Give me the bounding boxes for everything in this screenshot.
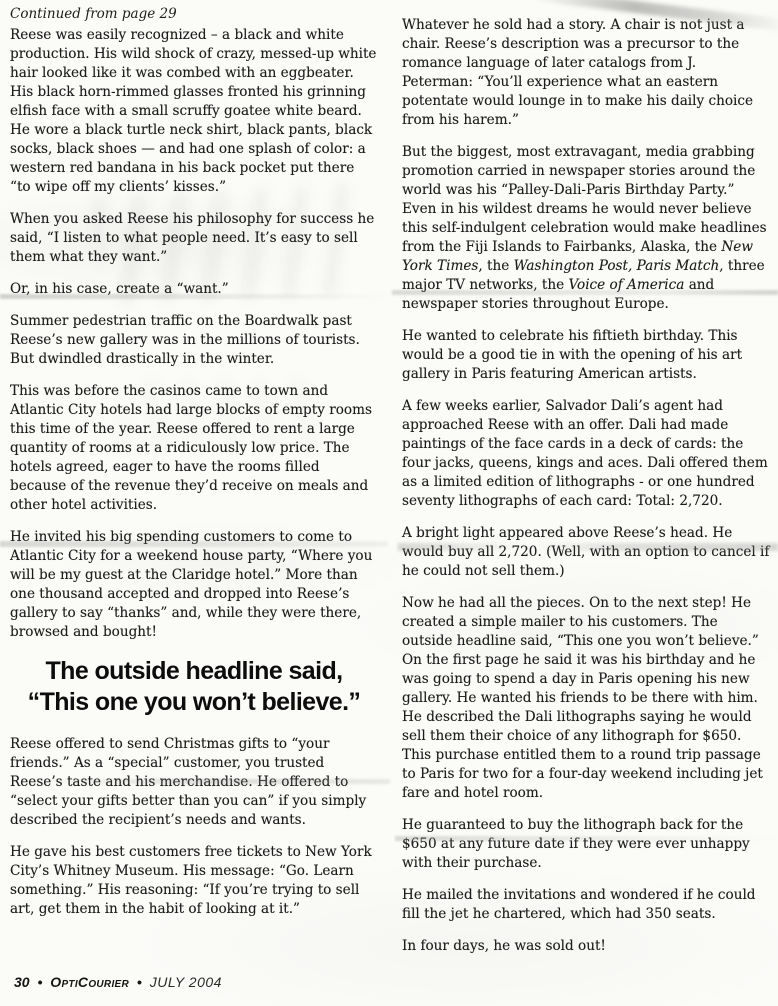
left-column: Continued from page 29 Reese was easily … <box>10 6 378 969</box>
right-column: Whatever he sold had a story. A chair is… <box>402 6 770 969</box>
article-columns: Continued from page 29 Reese was easily … <box>10 6 770 969</box>
footer-publication-name: OptiCourier <box>50 974 129 990</box>
paragraph: He wanted to celebrate his fiftieth birt… <box>402 327 770 384</box>
citation-voice-of-america: Voice of America <box>568 277 684 293</box>
paragraph: Whatever he sold had a story. A chair is… <box>402 16 770 130</box>
footer-issue-date: JULY 2004 <box>150 974 222 990</box>
footer-page-number: 30 <box>14 974 30 990</box>
footer-bullet: • <box>137 974 142 990</box>
paragraph: He mailed the invitations and wondered i… <box>402 886 770 924</box>
paragraph: He invited his big spending customers to… <box>10 528 378 642</box>
paragraph: This was before the casinos came to town… <box>10 382 378 515</box>
paragraph: Now he had all the pieces. On to the nex… <box>402 594 770 803</box>
pull-quote: The outside headline said, “This one you… <box>10 656 378 718</box>
paragraph: Reese was easily recognized – a black an… <box>10 26 378 197</box>
paragraph: Summer pedestrian traffic on the Boardwa… <box>10 312 378 369</box>
paragraph: He guaranteed to buy the lithograph back… <box>402 816 770 873</box>
paragraph: He gave his best customers free tickets … <box>10 843 378 919</box>
pull-quote-line-1: The outside headline said, <box>10 656 378 687</box>
paragraph: A bright light appeared above Reese’s he… <box>402 524 770 581</box>
pull-quote-line-2: “This one you won’t believe.” <box>10 687 378 718</box>
paragraph: A few weeks earlier, Salvador Dali’s age… <box>402 397 770 511</box>
paragraph: When you asked Reese his philosophy for … <box>10 210 378 267</box>
continued-from-notice: Continued from page 29 <box>10 6 378 23</box>
scanned-article-page: Continued from page 29 Reese was easily … <box>0 0 778 1006</box>
paragraph: In four days, he was sold out! <box>402 937 770 956</box>
paragraph: Reese offered to send Christmas gifts to… <box>10 735 378 830</box>
paragraph: Or, in his case, create a “want.” <box>10 280 378 299</box>
paragraph-segment: , the <box>478 258 513 274</box>
paragraph-segment: But the biggest, most extravagant, media… <box>402 144 767 255</box>
paragraph-with-citations: But the biggest, most extravagant, media… <box>402 143 770 314</box>
page-footer: 30 • OptiCourier • JULY 2004 <box>14 974 222 990</box>
footer-bullet: • <box>37 974 42 990</box>
citation-washington-post-paris-match: Washington Post, Paris Match <box>514 258 720 274</box>
